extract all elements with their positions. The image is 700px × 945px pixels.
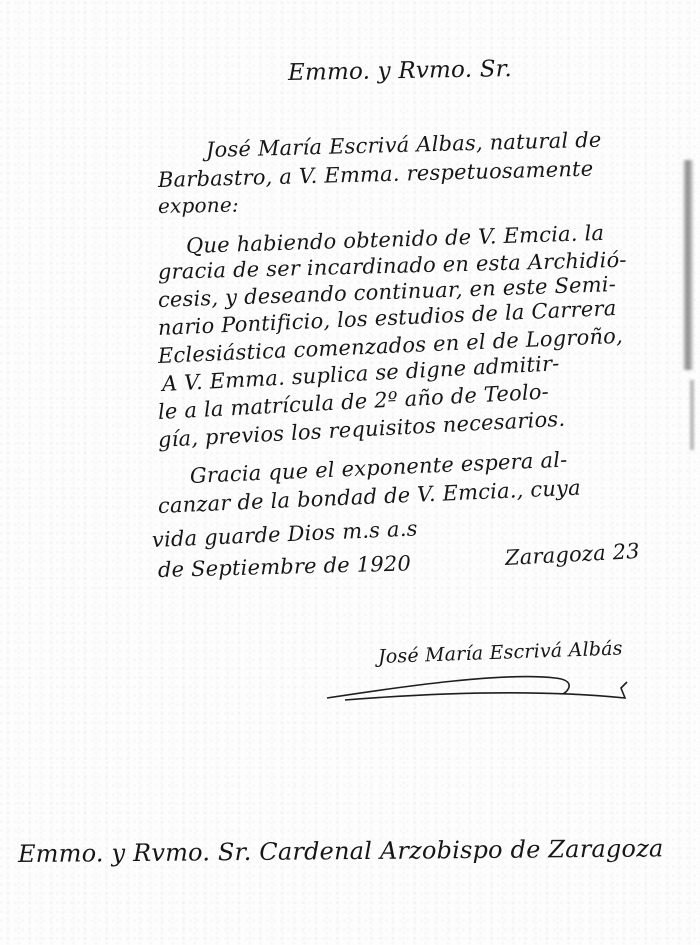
body-line: de Septiembre de 1920 [158, 553, 412, 581]
body-line: vida guarde Dios m.s a.s [152, 518, 418, 551]
signature-flourish [325, 668, 635, 708]
scan-edge-shadow [683, 160, 693, 370]
signature: José María Escrivá Albás [378, 639, 623, 667]
body-line: expone: [158, 195, 239, 216]
scan-edge-shadow-lower [690, 380, 694, 450]
scanned-letter-page: Emmo. y Rvmo. Sr. José María Escrivá Alb… [0, 0, 700, 945]
place-date: Zaragoza 23 [504, 541, 640, 569]
body-line: José María Escrivá Albas, natural de [206, 130, 602, 161]
body-line: Barbastro, a V. Emma. respetuosamente [158, 159, 594, 191]
salutation: Emmo. y Rvmo. Sr. [288, 58, 512, 85]
addressee-line: Emmo. y Rvmo. Sr. Cardenal Arzobispo de … [18, 836, 664, 866]
